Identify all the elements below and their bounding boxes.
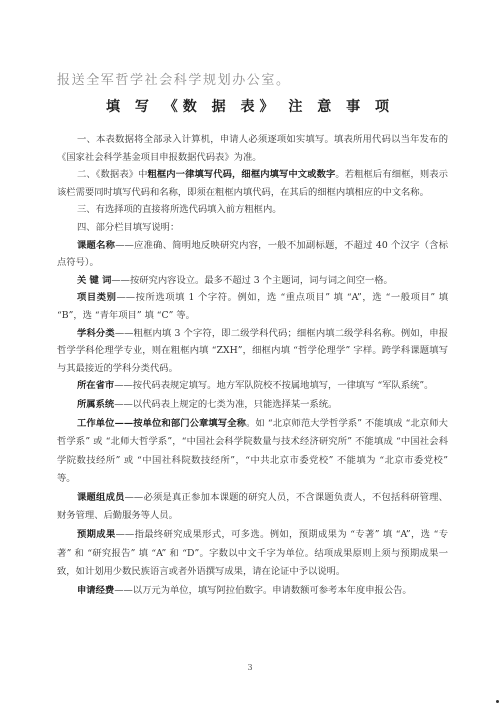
item-topic-name: 课题名称——应准确、简明地反映研究内容，一般不加副标题，不超过 40 个汉字（含…	[57, 237, 448, 272]
header-note: 报送全军哲学社会科学规划办公室。	[57, 69, 291, 88]
item-funding: 申请经费——以万元为单位，填写阿拉伯数字。申请数额可参考本年度申报公告。	[57, 582, 448, 601]
instructions-body: 一、本表数据将全部录入计算机，申请人必须逐项如实填写。填表所用代码以当年发布的《…	[57, 131, 448, 600]
item-term: 所属系统	[77, 399, 114, 410]
item-keywords: 关 键 词——按研究内容设立。最多不超过 3 个主题词，词与词之间空一格。	[57, 272, 448, 290]
item-desc: ——按代码表规定填写。地方军队院校不按属地填写，一律填写 “军队系统”。	[114, 380, 433, 391]
scan-dot-mark	[496, 700, 499, 703]
item-work-unit: 工作单位——按单位和部门公章填写全称。如 “北京师范大学哲学系” 不能填成 “北…	[57, 415, 448, 489]
paragraph-2-prefix: 二、《数据表》中	[77, 169, 148, 180]
item-term: 工作单位	[77, 418, 115, 429]
item-team-members: 课题组成员——必须是真正参加本课题的研究人员，不含课题负责人，不包括科研管理、财…	[57, 489, 448, 526]
item-desc: ——按所选项填 1 个字符。例如，选 “重点项目” 填 “A”，选 “一般项目”…	[57, 292, 448, 321]
document-page: 报送全军哲学社会科学规划办公室。 填 写 《数 据 表》 注 意 事 项 一、本…	[0, 0, 500, 707]
paragraph-3: 三、有选择项的直接将所选代码填入前方粗框内。	[57, 201, 448, 219]
paragraph-2-emphasis: 粗框内一律填写代码，细框内填写中文或数字	[148, 169, 336, 180]
item-discipline: 学科分类——粗框内填 3 个字符，即二级学科代码；细框内填二级学科名称。例如，申…	[57, 325, 448, 378]
item-desc-emphasis: ——按单位和部门公章填写全称	[115, 418, 246, 429]
item-desc: ——粗框内填 3 个字符，即二级学科代码；细框内填二级学科名称。例如，申报哲学学…	[57, 328, 448, 374]
item-desc: ——应准确、简明地反映研究内容，一般不加副标题，不超过 40 个汉字（含标点符号…	[57, 240, 448, 269]
item-term: 学科分类	[77, 328, 115, 339]
item-desc: ——指最终研究成果形式，可多选。例如，预期成果为 “专著” 填 “A”，选 “专…	[57, 529, 448, 577]
item-desc: ——以代码表上规定的七类为准，只能选择某一系统。	[114, 399, 337, 410]
page-title: 填 写 《数 据 表》 注 意 事 项	[0, 96, 500, 116]
paragraph-2: 二、《数据表》中粗框内一律填写代码，细框内填写中文或数字。若粗框后有细框，则表示…	[57, 166, 448, 201]
page-number: 3	[0, 663, 500, 672]
item-project-category: 项目类别——按所选项填 1 个字符。例如，选 “重点项目” 填 “A”，选 “一…	[57, 289, 448, 324]
item-term: 关 键 词	[77, 275, 111, 286]
item-term: 申请经费	[77, 585, 114, 596]
item-system: 所属系统——以代码表上规定的七类为准，只能选择某一系统。	[57, 396, 448, 415]
item-term: 课题组成员	[77, 492, 125, 503]
item-desc: ——按研究内容设立。最多不超过 3 个主题词，词与词之间空一格。	[111, 275, 392, 286]
paragraph-4: 四、部分栏目填写说明：	[57, 219, 448, 237]
item-term: 所在省市	[77, 380, 114, 391]
item-province: 所在省市——按代码表规定填写。地方军队院校不按属地填写，一律填写 “军队系统”。	[57, 377, 448, 396]
item-expected-results: 预期成果——指最终研究成果形式，可多选。例如，预期成果为 “专著” 填 “A”，…	[57, 526, 448, 582]
paragraph-1: 一、本表数据将全部录入计算机，申请人必须逐项如实填写。填表所用代码以当年发布的《…	[57, 131, 448, 166]
item-term: 项目类别	[77, 292, 116, 303]
item-term: 预期成果	[77, 529, 116, 540]
item-desc: ——以万元为单位，填写阿拉伯数字。申请数额可参考本年度申报公告。	[114, 585, 412, 596]
item-term: 课题名称	[77, 240, 115, 251]
